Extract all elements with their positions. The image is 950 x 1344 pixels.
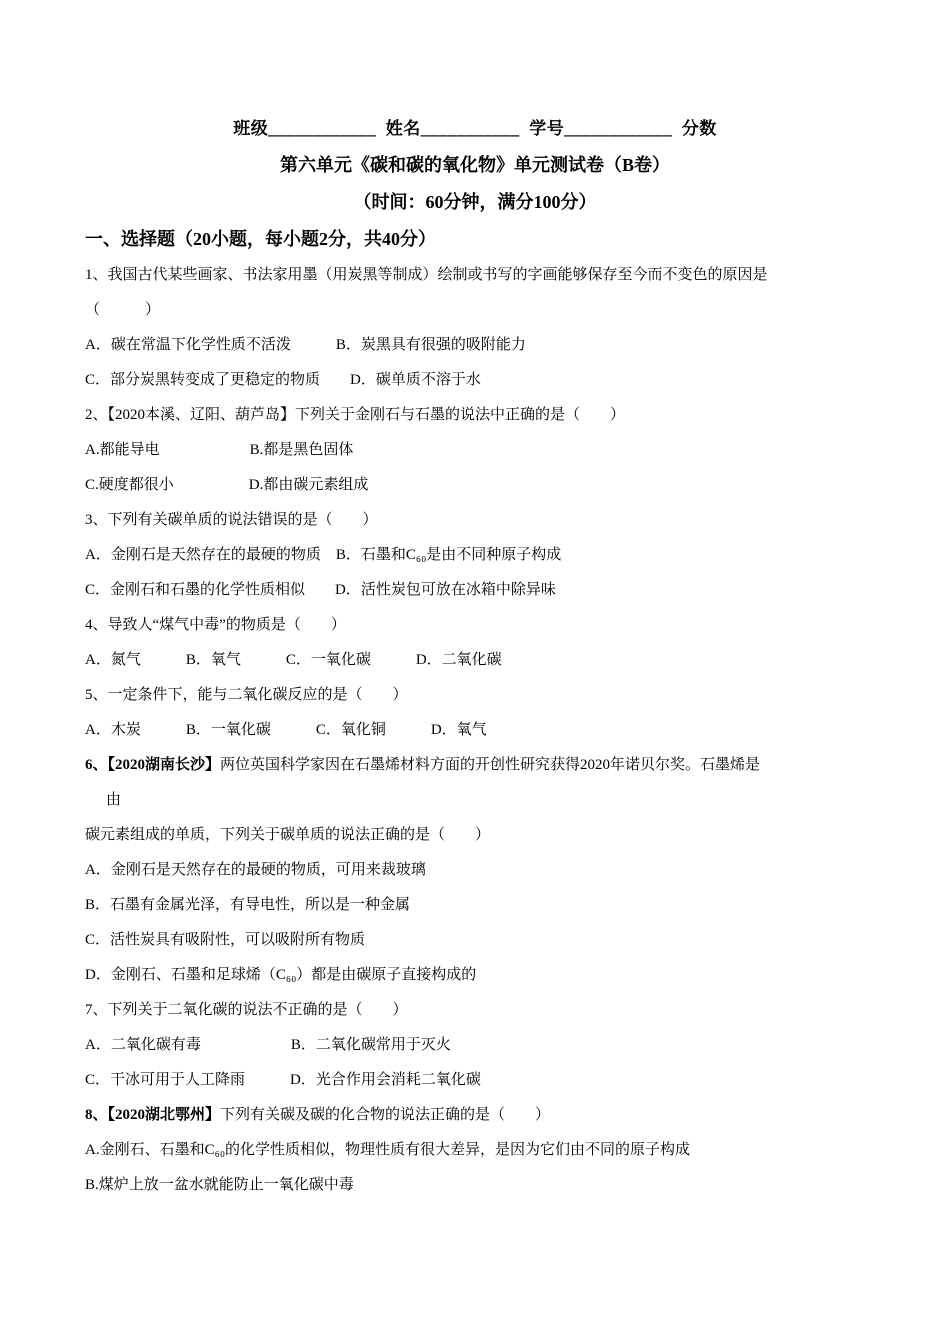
doc-title: 第六单元《碳和碳的氧化物》单元测试卷（B卷） [0,147,950,184]
q8-stem: 8、【2020湖北鄂州】下列有关碳及碳的化合物的说法正确的是（ ） [85,1098,905,1133]
question-6: 6、【2020湖南长沙】两位英国科学家因在石墨烯材料方面的开创性研究获得2020… [0,748,950,993]
q7-options-cd: C．干冰可用于人工降雨 D．光合作用会消耗二氧化碳 [85,1063,905,1098]
q6-stem-cont2: 碳元素组成的单质，下列关于碳单质的说法正确的是（ ） [85,818,905,853]
q1-options-cd: C．部分炭黑转变成了更稳定的物质 D．碳单质不溶于水 [85,363,905,398]
q3-options-ab: A．金刚石是天然存在的最硬的物质 B．石墨和C₆₀是由不同种原子构成 [85,538,905,573]
q8-option-b: B.煤炉上放一盆水就能防止一氧化碳中毒 [85,1168,905,1203]
q5-options: A．木炭 B．一氧化碳 C．氧化铜 D．氧气 [85,713,905,748]
section-heading-choice: 一、选择题（20小题，每小题2分，共40分） [85,221,895,258]
q7-stem: 7、下列关于二氧化碳的说法不正确的是（ ） [85,993,905,1028]
fill-in-fields-line: 班级____________ 姓名___________ 学号_________… [0,110,950,147]
q5-stem: 5、一定条件下，能与二氧化碳反应的是（ ） [85,678,905,713]
question-2: 2、【2020本溪、辽阳、葫芦岛】下列关于金刚石与石墨的说法中正确的是（ ） A… [0,398,950,503]
q6-option-c: C．活性炭具有吸附性，可以吸附所有物质 [85,923,905,958]
q1-answer-blank: （ ） [85,293,905,328]
q2-options-cd: C.硬度都很小 D.都由碳元素组成 [85,468,905,503]
q2-stem: 2、【2020本溪、辽阳、葫芦岛】下列关于金刚石与石墨的说法中正确的是（ ） [85,398,905,433]
question-7: 7、下列关于二氧化碳的说法不正确的是（ ） A．二氧化碳有毒 B．二氧化碳常用于… [0,993,950,1098]
question-4: 4、导致人“煤气中毒”的物质是（ ） A．氮气 B．氧气 C．一氧化碳 D．二氧… [0,608,950,678]
question-1: 1、我国古代某些画家、书法家用墨（用炭黑等制成）绘制或书写的字画能够保存至今而不… [0,258,950,398]
doc-subtitle: （时间：60分钟，满分100分） [0,184,950,221]
q6-option-b: B．石墨有金属光泽，有导电性，所以是一种金属 [85,888,905,923]
q6-stem-cont1: 由 [106,783,905,818]
q1-options-ab: A．碳在常温下化学性质不活泼 B．炭黑具有很强的吸附能力 [85,328,905,363]
q4-options: A．氮气 B．氧气 C．一氧化碳 D．二氧化碳 [85,643,905,678]
q6-stem-text: 两位英国科学家因在石墨烯材料方面的开创性研究获得2020年诺贝尔奖。石墨烯是 [220,757,760,773]
q6-stem: 6、【2020湖南长沙】两位英国科学家因在石墨烯材料方面的开创性研究获得2020… [85,748,905,783]
question-5: 5、一定条件下，能与二氧化碳反应的是（ ） A．木炭 B．一氧化碳 C．氧化铜 … [0,678,950,748]
q6-source-tag: 6、【2020湖南长沙】 [85,757,220,773]
q8-option-a: A.金刚石、石墨和C₆₀的化学性质相似，物理性质有很大差异，是因为它们由不同的原… [85,1133,905,1168]
question-3: 3、下列有关碳单质的说法错误的是（ ） A．金刚石是天然存在的最硬的物质 B．石… [0,503,950,608]
q3-options-cd: C．金刚石和石墨的化学性质相似 D．活性炭包可放在冰箱中除异味 [85,573,905,608]
q3-stem: 3、下列有关碳单质的说法错误的是（ ） [85,503,905,538]
question-8: 8、【2020湖北鄂州】下列有关碳及碳的化合物的说法正确的是（ ） A.金刚石、… [0,1098,950,1203]
q6-option-d: D．金刚石、石墨和足球烯（C₆₀）都是由碳原子直接构成的 [85,958,905,993]
q8-source-tag: 8、【2020湖北鄂州】 [85,1107,220,1123]
q2-options-ab: A.都能导电 B.都是黑色固体 [85,433,905,468]
q6-option-a: A．金刚石是天然存在的最硬的物质，可用来裁玻璃 [85,853,905,888]
q8-stem-text: 下列有关碳及碳的化合物的说法正确的是（ ） [220,1107,550,1123]
test-paper-page: 班级____________ 姓名___________ 学号_________… [0,0,950,1344]
q4-stem: 4、导致人“煤气中毒”的物质是（ ） [85,608,905,643]
q7-options-ab: A．二氧化碳有毒 B．二氧化碳常用于灭火 [85,1028,905,1063]
q1-stem: 1、我国古代某些画家、书法家用墨（用炭黑等制成）绘制或书写的字画能够保存至今而不… [85,258,905,293]
